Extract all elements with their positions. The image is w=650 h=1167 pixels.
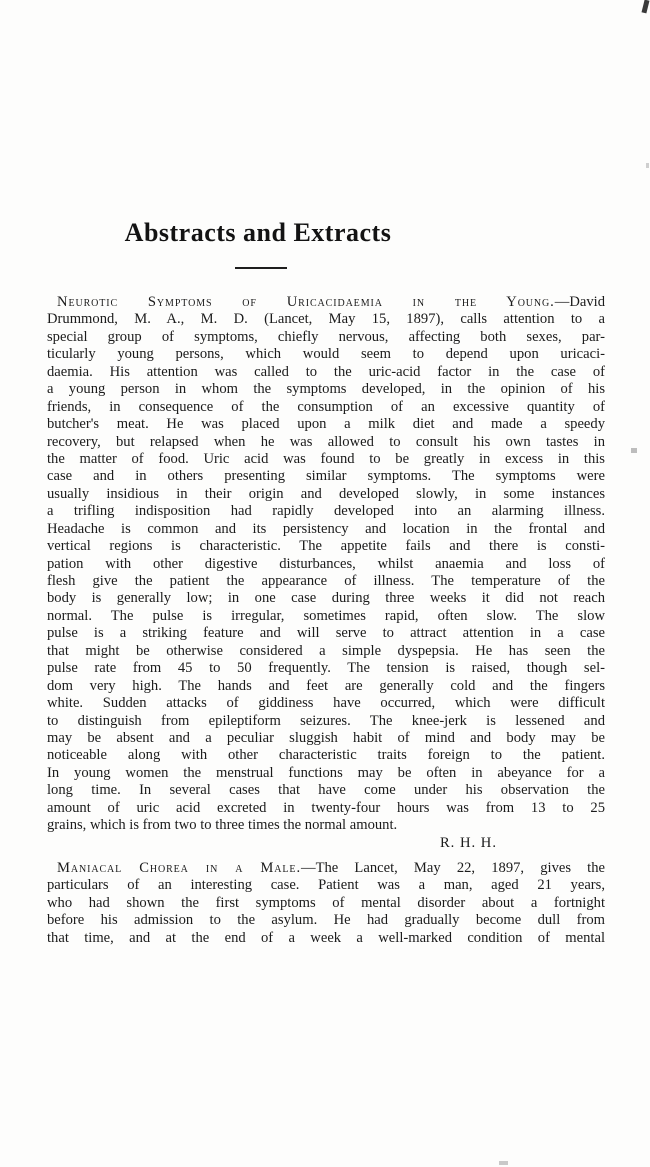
text-line: before his admission to the asylum. He h…	[47, 912, 605, 929]
text-line: daemia. His attention was called to the …	[47, 364, 605, 381]
text-line: ticularly young persons, which would see…	[47, 346, 605, 363]
text-line: pation with other digestive disturbances…	[47, 556, 605, 573]
text-line: recovery, but relapsed when he was allow…	[47, 434, 605, 451]
article-heading: Maniacal Chorea in a Male.	[57, 860, 301, 876]
text-line: normal. The pulse is irregular, sometime…	[47, 608, 605, 625]
scan-artifact-mark	[642, 0, 650, 13]
text-line: pulse is a striking feature and will ser…	[47, 625, 605, 642]
page-title: Abstracts and Extracts	[0, 218, 516, 248]
text-line: body is generally low; in one case durin…	[47, 590, 605, 607]
text-line: In young women the menstrual functions m…	[47, 765, 605, 782]
scan-artifact-mark	[631, 448, 637, 453]
text-line: Neurotic Symptoms of Uricacidaemia in th…	[47, 294, 605, 311]
text-line: usually insidious in their origin and de…	[47, 486, 605, 503]
text-line: flesh give the patient the appearance of…	[47, 573, 605, 590]
text-line: case and in others presenting similar sy…	[47, 468, 605, 485]
text-line: Headache is common and its persistency a…	[47, 521, 605, 538]
article-signature: R. H. H.	[47, 835, 605, 852]
text-line: long time. In several cases that have co…	[47, 782, 605, 799]
text-line: to distinguish from epileptiform seizure…	[47, 713, 605, 730]
text-line: amount of uric acid excreted in twenty-f…	[47, 800, 605, 817]
text-line: pulse rate from 45 to 50 frequently. The…	[47, 660, 605, 677]
article-heading-rest: —The Lancet, May 22, 1897, gives the	[301, 860, 605, 876]
scanned-page: Abstracts and Extracts Neurotic Symptoms…	[0, 0, 650, 1167]
text-line: friends, in consequence of the consumpti…	[47, 399, 605, 416]
text-line: who had shown the first symptoms of ment…	[47, 895, 605, 912]
article: Maniacal Chorea in a Male.—The Lancet, M…	[47, 860, 605, 947]
article-heading: Neurotic Symptoms of Uricacidaemia in th…	[57, 294, 555, 310]
scan-artifact-mark	[646, 163, 649, 168]
text-line: that time, and at the end of a week a we…	[47, 930, 605, 947]
article-heading-rest: —David	[555, 294, 605, 310]
text-line: dom very high. The hands and feet are ge…	[47, 678, 605, 695]
text-line: Maniacal Chorea in a Male.—The Lancet, M…	[47, 860, 605, 877]
text-line: that might be otherwise considered a sim…	[47, 643, 605, 660]
article-list: Neurotic Symptoms of Uricacidaemia in th…	[47, 294, 605, 947]
text-line: special group of symptoms, chiefly nervo…	[47, 329, 605, 346]
text-line: may be absent and a peculiar sluggish ha…	[47, 730, 605, 747]
text-line: noticeable along with other characterist…	[47, 747, 605, 764]
text-line: butcher's meat. He was placed upon a mil…	[47, 416, 605, 433]
scan-artifact-mark	[499, 1161, 508, 1165]
text-line: a young person in whom the symptoms deve…	[47, 381, 605, 398]
text-line: particulars of an interesting case. Pati…	[47, 877, 605, 894]
text-line: grains, which is from two to three times…	[47, 817, 605, 834]
text-line: vertical regions is characteristic. The …	[47, 538, 605, 555]
article: Neurotic Symptoms of Uricacidaemia in th…	[47, 294, 605, 852]
text-line: a trifling indisposition had rapidly dev…	[47, 503, 605, 520]
text-line: white. Sudden attacks of giddiness have …	[47, 695, 605, 712]
text-line: Drummond, M. A., M. D. (Lancet, May 15, …	[47, 311, 605, 328]
title-divider-rule	[235, 267, 287, 269]
text-line: the matter of food. Uric acid was found …	[47, 451, 605, 468]
